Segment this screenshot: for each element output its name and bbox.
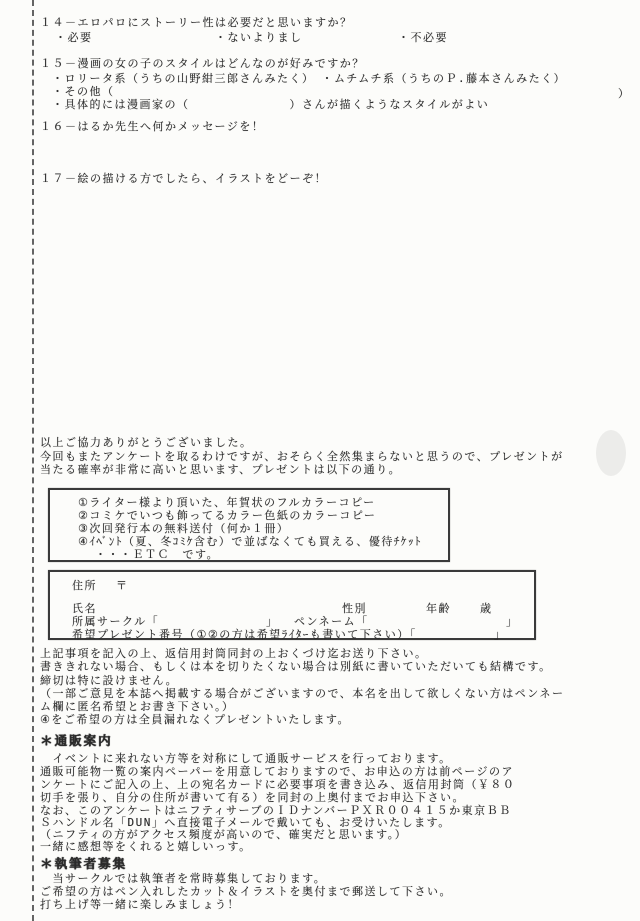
prize-number-bracket-close: 」 bbox=[494, 626, 507, 642]
q15-option-styles: ・ロリータ系（うちの山野紺三郎さんみたく） ・ムチムチ系（うちのＰ.藤本さんみた… bbox=[52, 70, 566, 86]
mail-order-line-8: 一緒に感想等をくれると嬉しいっす。 bbox=[40, 838, 252, 854]
question-14-title: １４－エロパロにストーリー性は必要だと思いますか？ bbox=[40, 14, 353, 30]
mail-order-heading: ＊通販案内 bbox=[40, 731, 113, 749]
address-label: 住所 bbox=[72, 577, 97, 593]
prize-item-etc: ・・・ＥＴＣ です。 bbox=[95, 546, 219, 562]
binding-dotted-line bbox=[32, 0, 34, 921]
question-16-title: １６－はるか先生へ何かメッセージを！ bbox=[40, 118, 264, 134]
q15-option-artist: ・具体的には漫画家の（ ）さんが描くようなスタイルがよい bbox=[52, 96, 489, 112]
prize-list-box: ①ライター様より頂いた、年賀状のフルカラーコピー ②コミケでいつも飾ってるカラー… bbox=[48, 488, 450, 562]
reply-form-box: 住所 〒 氏名 性別 年齢 歳 所属サークル「 」 ペンネーム「 」 希望プレゼ… bbox=[48, 570, 536, 640]
penname-bracket-close: 」 bbox=[506, 613, 519, 629]
age-unit-label: 歳 bbox=[480, 600, 493, 616]
question-15-title: １５－漫画の女の子のスタイルはどんなのが好みですか？ bbox=[40, 55, 365, 71]
question-17-title: １７－絵の描ける方でしたら、イラストをどーぞ！ bbox=[40, 170, 327, 186]
scanned-questionnaire-page: １４－エロパロにストーリー性は必要だと思いますか？ ・必要 ・ないよりまし ・不… bbox=[0, 0, 640, 921]
q14-option-better-than-none: ・ないよりまし bbox=[215, 29, 303, 45]
scan-smudge bbox=[596, 430, 626, 476]
prize-number-label: 希望プレゼント番号（①②の方は希望ﾗｲﾀｰも書いて下さい）「 bbox=[72, 626, 417, 642]
age-label: 年齢 bbox=[426, 600, 451, 616]
postal-mark: 〒 bbox=[116, 577, 129, 593]
note-line-6: ④をご希望の方は全員漏れなくプレゼントいたします。 bbox=[40, 711, 350, 727]
recruit-line-3: 打ち上げ等一緒に楽しみましょう！ bbox=[40, 896, 240, 912]
thanks-line-3: 当たる確率が非常に高いと思います、プレゼントは以下の通り。 bbox=[40, 461, 401, 477]
q14-option-unnecessary: ・不必要 bbox=[398, 29, 448, 45]
q15-option-other-close: ） bbox=[618, 85, 631, 101]
q14-option-required: ・必要 bbox=[55, 29, 93, 45]
